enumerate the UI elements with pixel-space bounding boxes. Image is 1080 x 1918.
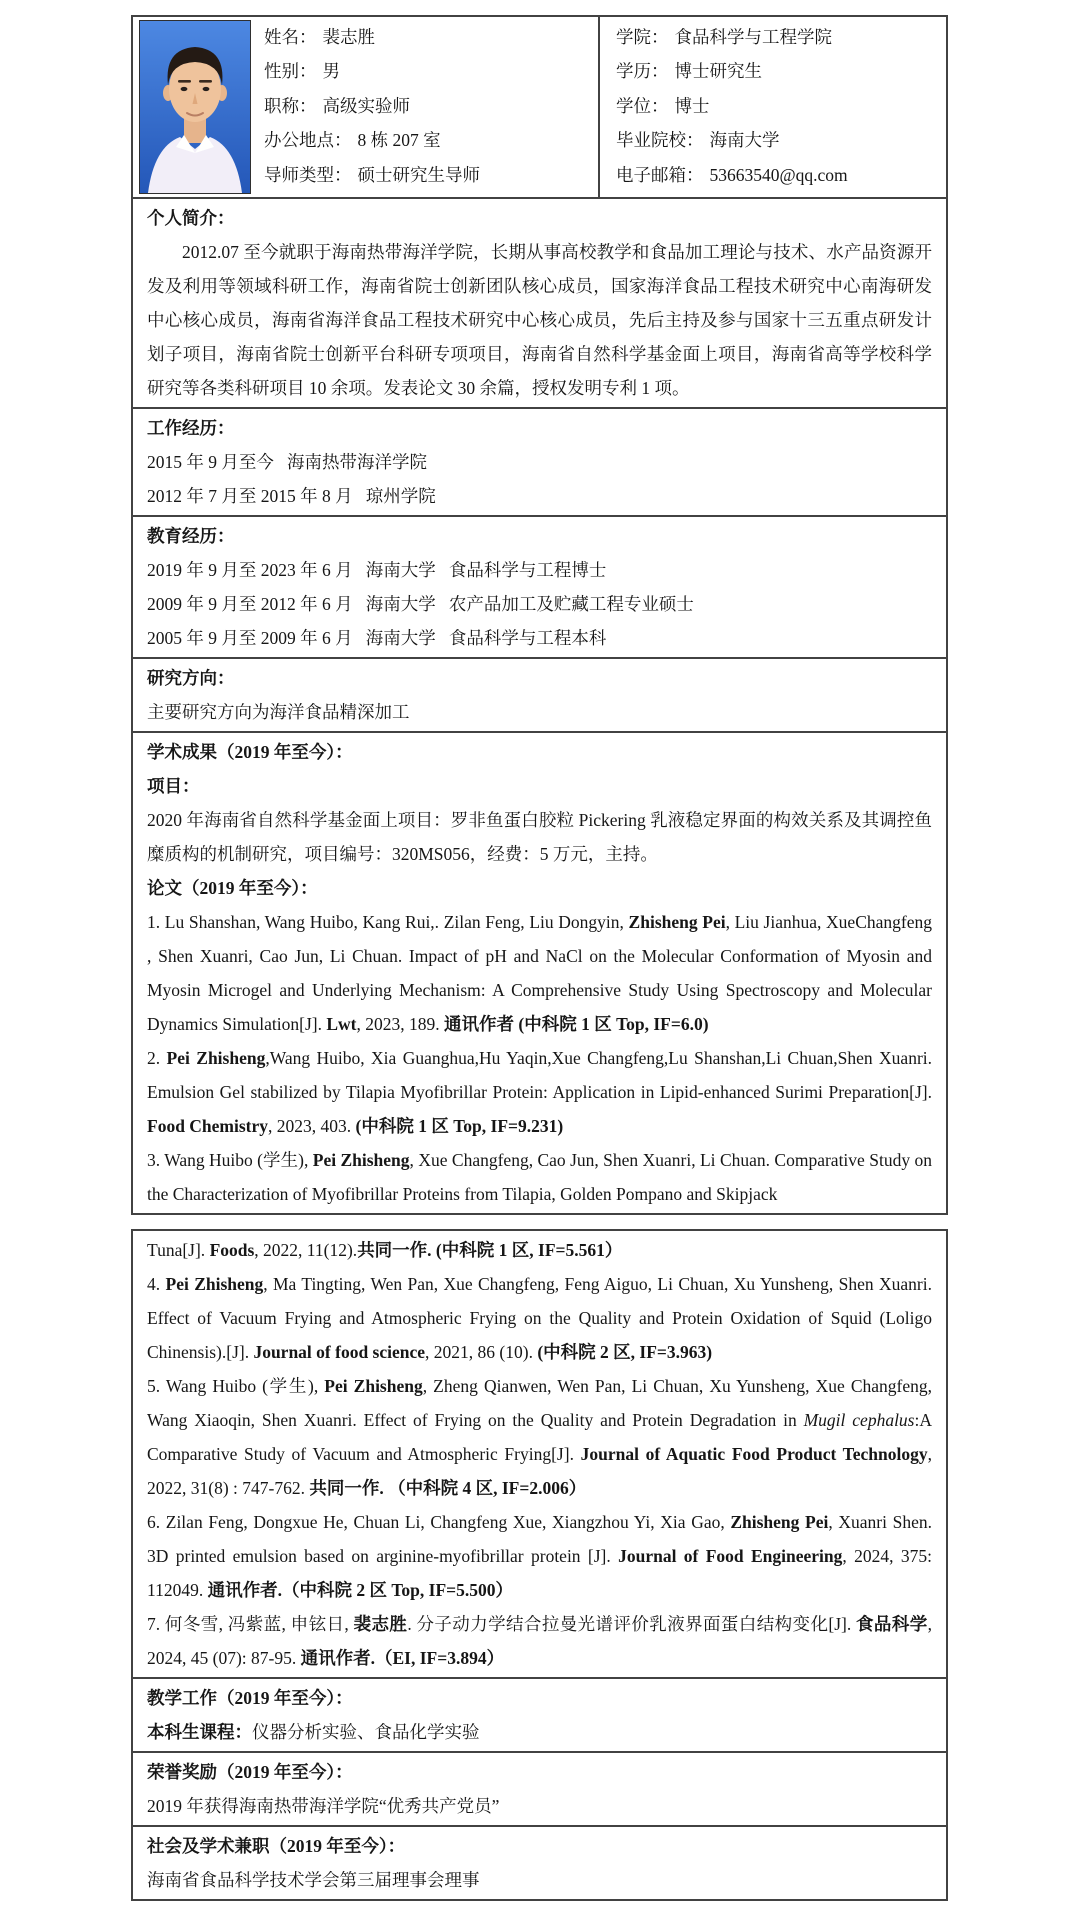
field-education-level-label: 学历： [616,61,669,81]
paper-entry-1: 1. Lu Shanshan, Wang Huibo, Kang Rui,. Z… [147,905,932,1041]
page-1: 姓名：裴志胜 性别：男 职称：高级实验师 办公地点：8 栋 207 室 导师类型… [131,15,948,1215]
id-photo-image [140,21,250,193]
section-teaching: 教学工作（2019 年至今）： 本科生课程：仪器分析实验、食品化学实验 [133,1677,946,1751]
field-college-label: 学院： [616,27,669,47]
field-office-value: 8 栋 207 室 [358,130,441,150]
education-line: 2005 年 9 月至 2009 年 6 月 海南大学 食品科学与工程本科 [147,621,932,655]
field-college: 学院：食品科学与工程学院 [616,20,932,54]
field-degree: 学位：博士 [616,89,932,123]
education-line: 2019 年 9 月至 2023 年 6 月 海南大学 食品科学与工程博士 [147,553,932,587]
field-education-level: 学历：博士研究生 [616,54,932,88]
profile-left-cell: 姓名：裴志胜 性别：男 职称：高级实验师 办公地点：8 栋 207 室 导师类型… [133,17,598,197]
personal-fields-left: 姓名：裴志胜 性别：男 职称：高级实验师 办公地点：8 栋 207 室 导师类型… [264,20,598,194]
honors-line: 2019 年获得海南热带海洋学院“优秀共产党员” [147,1789,932,1823]
field-mentor-type-value: 硕士研究生导师 [358,165,481,185]
field-gender: 性别：男 [264,54,598,88]
field-mentor-type: 导师类型：硕士研究生导师 [264,158,598,192]
cv-sheet: 姓名：裴志胜 性别：男 职称：高级实验师 办公地点：8 栋 207 室 导师类型… [131,15,948,1901]
service-line: 海南省食品科学技术学会第三届理事会理事 [147,1863,932,1897]
paper-entry-2: 2. Pei Zhisheng,Wang Huibo, Xia Guanghua… [147,1041,932,1143]
field-alma-mater-label: 毕业院校： [616,130,704,150]
section-work-heading: 工作经历： [147,411,932,445]
teaching-line: 本科生课程：仪器分析实验、食品化学实验 [147,1715,932,1749]
paper-entry-4: 4. Pei Zhisheng, Ma Tingting, Wen Pan, X… [147,1267,932,1369]
section-research-heading: 研究方向： [147,661,932,695]
section-intro-heading: 个人简介： [147,201,932,235]
field-degree-value: 博士 [675,96,710,116]
section-intro: 个人简介： 2012.07 至今就职于海南热带海洋学院，长期从事高校教学和食品加… [133,197,946,407]
project-paragraph: 2020 年海南省自然科学基金面上项目：罗非鱼蛋白胶粒 Pickering 乳液… [147,803,932,871]
section-service-heading: 社会及学术兼职（2019 年至今）： [147,1829,932,1863]
field-office-label: 办公地点： [264,130,352,150]
field-gender-value: 男 [323,61,341,81]
paper-entry-6: 6. Zilan Feng, Dongxue He, Chuan Li, Cha… [147,1505,932,1607]
field-email: 电子邮箱：53663540@qq.com [616,158,932,192]
paper-entry-5: 5. Wang Huibo (学生), Pei Zhisheng, Zheng … [147,1369,932,1505]
field-name-value: 裴志胜 [323,27,376,47]
field-title-value: 高级实验师 [323,96,411,116]
section-honors: 荣誉奖励（2019 年至今）： 2019 年获得海南热带海洋学院“优秀共产党员” [133,1751,946,1825]
field-title: 职称：高级实验师 [264,89,598,123]
work-line: 2015 年 9 月至今 海南热带海洋学院 [147,445,932,479]
field-name: 姓名：裴志胜 [264,20,598,54]
section-teaching-heading: 教学工作（2019 年至今）： [147,1681,932,1715]
field-email-value: 53663540@qq.com [710,165,848,185]
section-achievements-heading: 学术成果（2019 年至今）： [147,735,932,769]
field-email-label: 电子邮箱： [616,165,704,185]
field-mentor-type-label: 导师类型： [264,165,352,185]
intro-paragraph: 2012.07 至今就职于海南热带海洋学院，长期从事高校教学和食品加工理论与技术… [147,235,932,405]
section-service: 社会及学术兼职（2019 年至今）： 海南省食品科学技术学会第三届理事会理事 [133,1825,946,1899]
field-title-label: 职称： [264,96,317,116]
paper-entry-3-part2: Tuna[J]. Foods, 2022, 11(12).共同一作. (中科院 … [147,1233,932,1267]
section-honors-heading: 荣誉奖励（2019 年至今）： [147,1755,932,1789]
field-alma-mater-value: 海南大学 [710,130,780,150]
field-degree-label: 学位： [616,96,669,116]
field-gender-label: 性别： [264,61,317,81]
field-name-label: 姓名： [264,27,317,47]
section-papers-continued: Tuna[J]. Foods, 2022, 11(12).共同一作. (中科院 … [133,1231,946,1677]
papers-subheading: 论文（2019 年至今）： [147,871,932,905]
personal-fields-right: 学院：食品科学与工程学院 学历：博士研究生 学位：博士 毕业院校：海南大学 电子… [598,17,946,197]
field-office: 办公地点：8 栋 207 室 [264,123,598,157]
research-line: 主要研究方向为海洋食品精深加工 [147,695,932,729]
field-education-level-value: 博士研究生 [675,61,763,81]
section-achievements: 学术成果（2019 年至今）： 项目： 2020 年海南省自然科学基金面上项目：… [133,731,946,1213]
field-college-value: 食品科学与工程学院 [675,27,833,47]
section-research: 研究方向： 主要研究方向为海洋食品精深加工 [133,657,946,731]
education-line: 2009 年 9 月至 2012 年 6 月 海南大学 农产品加工及贮藏工程专业… [147,587,932,621]
section-education-heading: 教育经历： [147,519,932,553]
paper-entry-3-part1: 3. Wang Huibo (学生), Pei Zhisheng, Xue Ch… [147,1143,932,1211]
work-line: 2012 年 7 月至 2015 年 8 月 琼州学院 [147,479,932,513]
section-education: 教育经历： 2019 年 9 月至 2023 年 6 月 海南大学 食品科学与工… [133,515,946,657]
page-2: Tuna[J]. Foods, 2022, 11(12).共同一作. (中科院 … [131,1229,948,1901]
profile-header-row: 姓名：裴志胜 性别：男 职称：高级实验师 办公地点：8 栋 207 室 导师类型… [133,17,946,197]
paper-entry-7: 7. 何冬雪, 冯紫蓝, 申铉日, 裴志胜. 分子动力学结合拉曼光谱评价乳液界面… [147,1607,932,1675]
projects-subheading: 项目： [147,769,932,803]
section-work: 工作经历： 2015 年 9 月至今 海南热带海洋学院 2012 年 7 月至 … [133,407,946,515]
profile-photo [139,20,251,194]
field-alma-mater: 毕业院校：海南大学 [616,123,932,157]
